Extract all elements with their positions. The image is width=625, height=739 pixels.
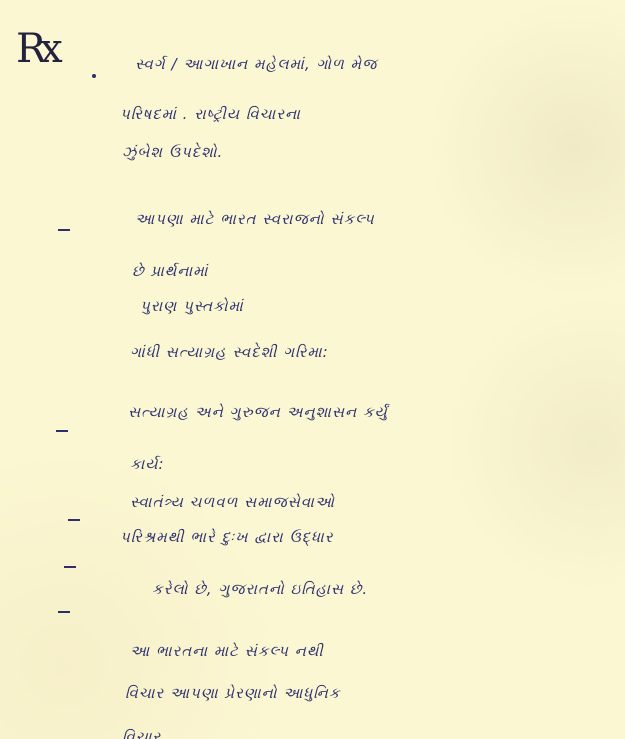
text-line-13: આ ભારતના માટે સંકલ્પ નથી: [130, 642, 324, 660]
text-line-12: કરેલો છે, ગુજરાતનો ઇતિહાસ છે.: [152, 580, 368, 598]
text-line-2: પરિષદમાં . રાષ્ટ્રીય વિચારના: [120, 105, 301, 123]
text-line-5: છે પ્રાર્થનામાં: [132, 262, 208, 280]
text-line-15: વિચાર: [122, 728, 161, 739]
dash-bullet: [58, 229, 70, 231]
dash-bullet: [68, 519, 80, 521]
handwritten-note-page: Rx સ્વર્ગ / આગાખાન મહેલમાં, ગોળ મેજ પરિષ…: [0, 0, 625, 739]
text-line-6: પુરાણ પુસ્તકોમાં: [140, 297, 244, 315]
rx-prescription-symbol: Rx: [16, 26, 57, 72]
text-line-9: કાર્ય:: [130, 455, 165, 473]
dash-bullet: [56, 430, 68, 432]
bullet-dot: [92, 74, 96, 78]
text-line-11: પરિશ્રમથી ભારે દુઃખ દ્વારા ઉદ્ધાર: [120, 528, 333, 546]
text-line-14: વિચાર આપણા પ્રેરણાનો આધુનિક: [125, 684, 340, 702]
text-line-3: ઝુંબેશ ઉપદેશો.: [122, 143, 223, 161]
text-line-10: સ્વાતંત્ર્ય ચળવળ સમાજસેવાઓ: [130, 493, 335, 511]
text-line-8: સત્યાગ્રહ અને ગુરુજન અનુશાસન કર્યું: [128, 403, 388, 421]
dash-bullet: [58, 611, 70, 613]
text-line-4: આપણા માટે ભારત સ્વરાજનો સંકલ્પ: [135, 210, 375, 228]
text-line-7: ગાંધી સત્યાગ્રહ સ્વદેશી ગરિમા:: [130, 343, 329, 361]
dash-bullet: [64, 566, 76, 568]
text-line-1: સ્વર્ગ / આગાખાન મહેલમાં, ગોળ મેજ: [135, 55, 377, 73]
